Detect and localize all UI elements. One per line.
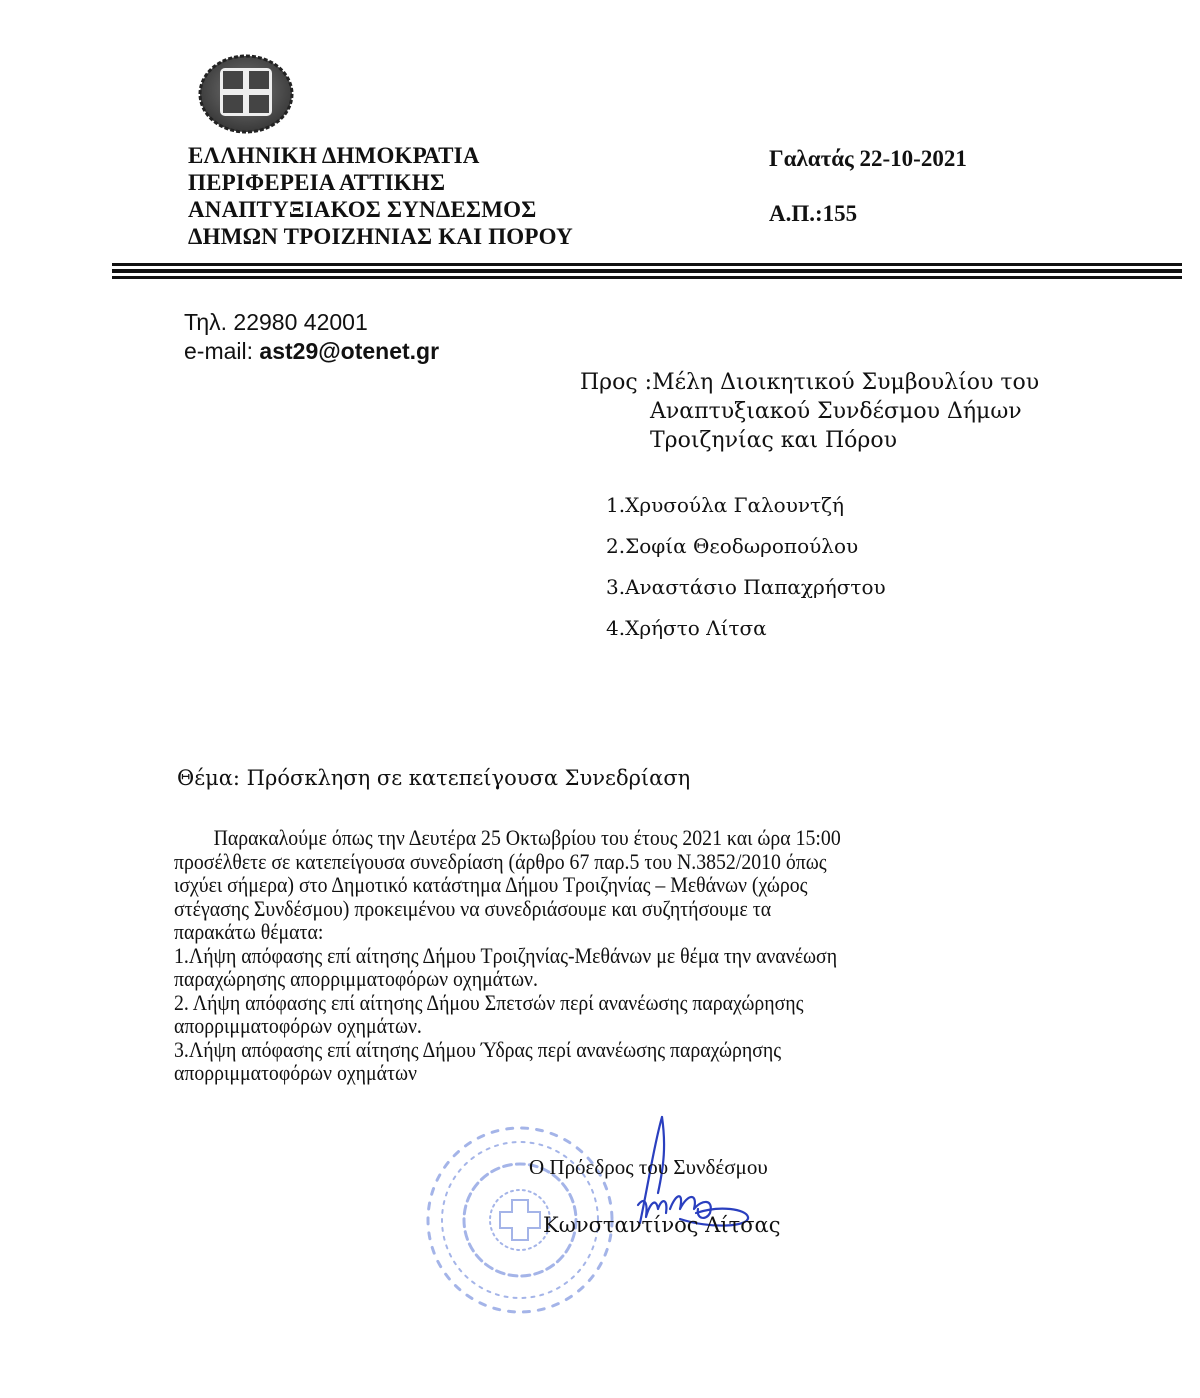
body-line: 1.Λήψη απόφασης επί αίτησης Δήμου Τροιζη… xyxy=(174,944,930,968)
body-line: παραχώρησης απορριμματοφόρων οχημάτων. xyxy=(174,967,930,991)
header-rule-bottom xyxy=(112,276,1182,279)
recipient-line: Αναπτυξιακού Συνδέσμου Δήμων xyxy=(580,397,1039,426)
members-list: 1.Χρυσούλα Γαλουντζή 2.Σοφία Θεοδωροπούλ… xyxy=(606,490,886,654)
organization-header: ΕΛΛΗΝΙΚΗ ΔΗΜΟΚΡΑΤΙΑ ΠΕΡΙΦΕΡΕΙΑ ΑΤΤΙΚΗΣ Α… xyxy=(188,142,573,250)
phone: Τηλ. 22980 42001 xyxy=(184,308,439,337)
recipient-line: Προς :Μέλη Διοικητικού Συμβουλίου του xyxy=(580,368,1039,397)
letter-body: Παρακαλούμε όπως την Δευτέρα 25 Οκτωβρίο… xyxy=(174,826,930,1085)
body-line: Παρακαλούμε όπως την Δευτέρα 25 Οκτωβρίο… xyxy=(174,826,930,850)
body-line: 2. Λήψη απόφασης επί αίτησης Δήμου Σπετσ… xyxy=(174,991,930,1015)
signatory-name: Κωνσταντίνος Λίτσας xyxy=(543,1213,780,1237)
org-line: ΔΗΜΩΝ ΤΡΟΙΖΗΝΙΑΣ ΚΑΙ ΠΟΡΟΥ xyxy=(188,223,573,250)
place-date: Γαλατάς 22-10-2021 xyxy=(769,146,967,172)
protocol-number: Α.Π.:155 xyxy=(769,201,857,227)
body-line: στέγασης Συνδέσμου) προκειμένου να συνεδ… xyxy=(174,897,930,921)
contact-block: Τηλ. 22980 42001 e-mail: ast29@otenet.gr xyxy=(184,308,439,366)
greek-coat-of-arms-icon xyxy=(196,52,296,136)
signatory-title: Ο Πρόεδρος του Συνδέσμου xyxy=(529,1155,768,1180)
email-line: e-mail: ast29@otenet.gr xyxy=(184,337,439,366)
list-item: 4.Χρήστο Λίτσα xyxy=(606,613,886,654)
body-line: 3.Λήψη απόφασης επί αίτησης Δήμου Ύδρας … xyxy=(174,1038,930,1062)
body-line: ισχύει σήμερα) στο Δημοτικό κατάστημα Δή… xyxy=(174,873,930,897)
body-line: παρακάτω θέματα: xyxy=(174,920,930,944)
list-item: 3.Αναστάσιο Παπαχρήστου xyxy=(606,572,886,613)
org-line: ΑΝΑΠΤΥΞΙΑΚΟΣ ΣΥΝΔΕΣΜΟΣ xyxy=(188,196,573,223)
subject-line: Θέμα: Πρόσκληση σε κατεπείγουσα Συνεδρία… xyxy=(177,766,690,790)
body-line: προσέλθετε σε κατεπείγουσα συνεδρίαση (ά… xyxy=(174,850,930,874)
list-item: 1.Χρυσούλα Γαλουντζή xyxy=(606,490,886,531)
body-line: απορριμματοφόρων οχημάτων xyxy=(174,1061,930,1085)
recipient-line: Τροιζηνίας και Πόρου xyxy=(580,426,1039,455)
body-line: απορριμματοφόρων οχημάτων. xyxy=(174,1014,930,1038)
list-item: 2.Σοφία Θεοδωροπούλου xyxy=(606,531,886,572)
org-line: ΕΛΛΗΝΙΚΗ ΔΗΜΟΚΡΑΤΙΑ xyxy=(188,142,573,169)
recipients-block: Προς :Μέλη Διοικητικού Συμβουλίου του Αν… xyxy=(580,368,1039,455)
header-rule-middle xyxy=(112,269,1182,273)
email-label: e-mail: xyxy=(184,338,259,364)
org-line: ΠΕΡΙΦΕΡΕΙΑ ΑΤΤΙΚΗΣ xyxy=(188,169,573,196)
email-link[interactable]: ast29@otenet.gr xyxy=(259,338,439,364)
header-rule-top xyxy=(112,263,1182,266)
